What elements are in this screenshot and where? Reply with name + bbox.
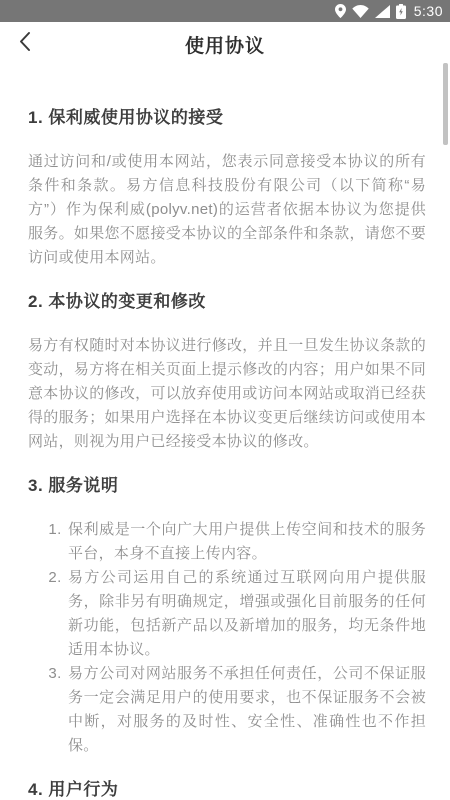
- section-heading-4: 4. 用户行为: [28, 778, 426, 800]
- list-item: 易方公司对网站服务不承担任何责任，公司不保证服务一定会满足用户的使用要求，也不保…: [66, 662, 426, 758]
- page-title: 使用协议: [185, 31, 265, 58]
- service-description-list: 保利威是一个向广大用户提供上传空间和技术的服务平台，本身不直接上传内容。 易方公…: [28, 518, 426, 758]
- status-bar: 5:30: [0, 0, 450, 22]
- section-paragraph: 易方有权随时对本协议进行修改，并且一旦发生协议条款的变动，易方将在相关页面上提示…: [28, 334, 426, 454]
- header: 使用协议: [0, 22, 450, 66]
- clock-time: 5:30: [414, 3, 443, 19]
- back-button[interactable]: [6, 24, 44, 62]
- agreement-content[interactable]: 1. 保利威使用协议的接受 通过访问和/或使用本网站，您表示同意接受本协议的所有…: [0, 66, 450, 800]
- battery-charging-icon: [396, 4, 406, 19]
- section-heading-3: 3. 服务说明: [28, 474, 426, 498]
- chevron-left-icon: [19, 31, 31, 55]
- section-paragraph: 通过访问和/或使用本网站，您表示同意接受本协议的所有条件和条款。易方信息科技股份…: [28, 150, 426, 270]
- location-icon: [335, 4, 346, 18]
- cellular-signal-icon: [375, 5, 390, 18]
- list-item: 保利威是一个向广大用户提供上传空间和技术的服务平台，本身不直接上传内容。: [66, 518, 426, 566]
- wifi-icon: [352, 5, 369, 18]
- scrollbar-thumb[interactable]: [443, 63, 448, 145]
- list-item: 易方公司运用自己的系统通过互联网向用户提供服务，除非另有明确规定，增强或强化目前…: [66, 566, 426, 662]
- app-screen: 5:30 使用协议 1. 保利威使用协议的接受 通过访问和/或使用本网站，您表示…: [0, 0, 450, 800]
- section-heading-1: 1. 保利威使用协议的接受: [28, 106, 426, 130]
- section-heading-2: 2. 本协议的变更和修改: [28, 290, 426, 314]
